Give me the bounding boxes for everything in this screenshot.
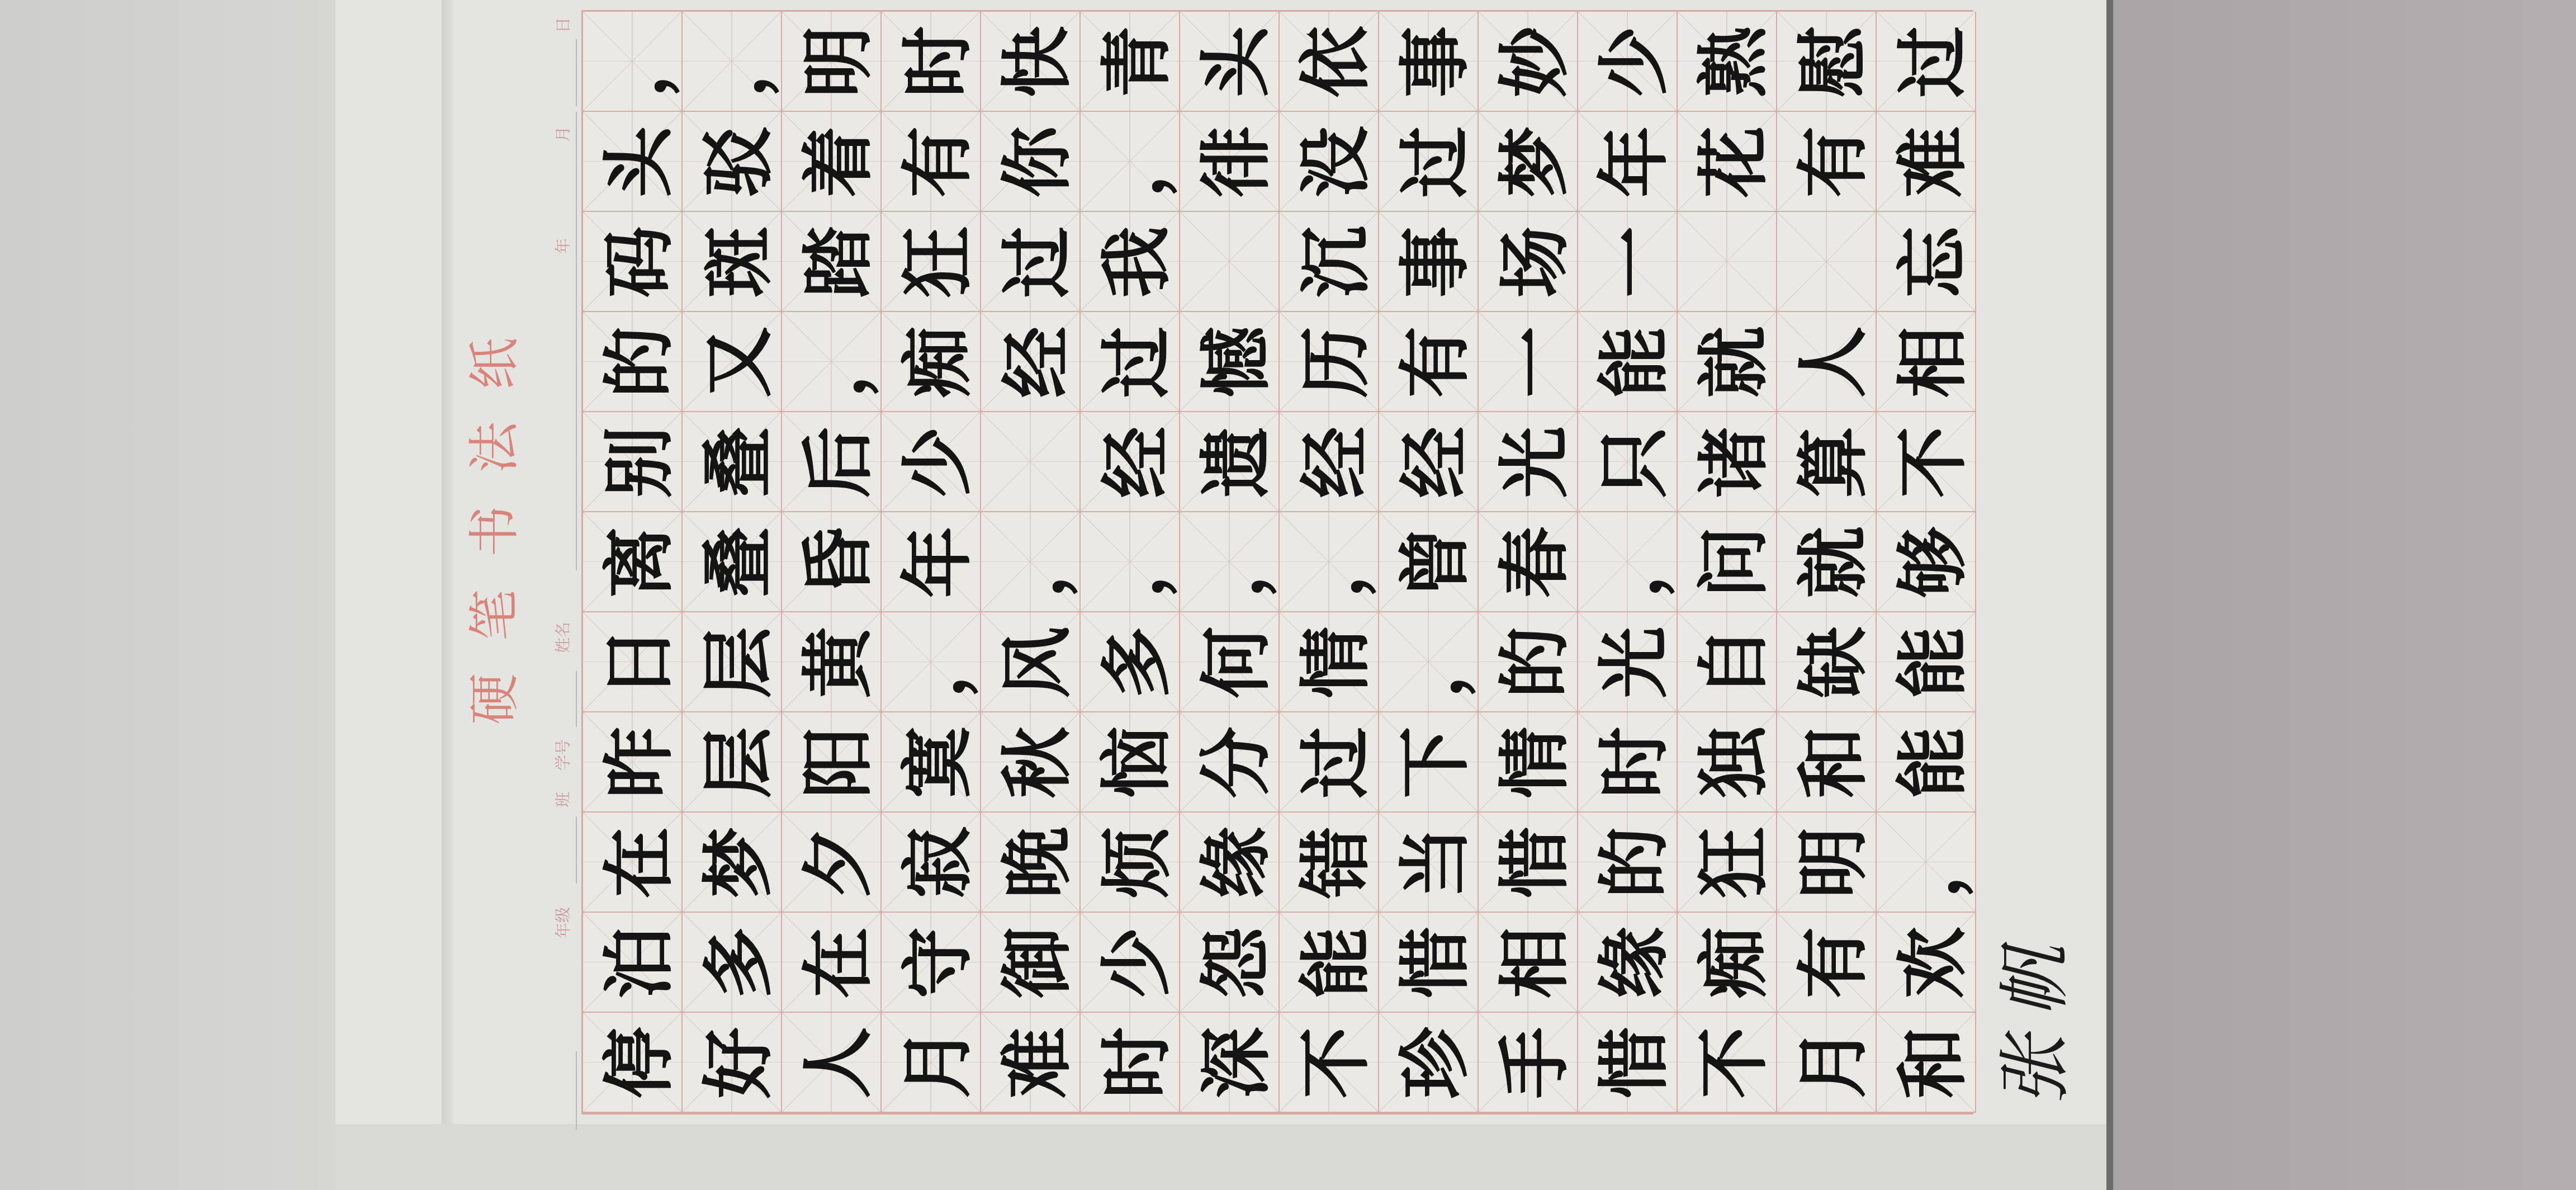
handwritten-char: 昏	[782, 513, 882, 612]
text-column: 好多梦层层叠叠又斑驳，	[683, 12, 782, 1113]
handwritten-char: 不	[1678, 1013, 1778, 1113]
grid-cell: 黄	[782, 612, 882, 712]
handwritten-char: 寂	[882, 813, 982, 913]
text-column: 不能错过情，经历沉没依	[1280, 12, 1379, 1113]
handwritten-char: 痴	[1678, 913, 1778, 1013]
handwritten-char: 和	[1777, 713, 1877, 813]
grid-cell: 后	[782, 412, 882, 512]
handwritten-char: 惜	[1479, 813, 1579, 913]
grid-cell: ，	[1877, 813, 1976, 913]
handwritten-char: 难	[981, 1013, 1081, 1113]
grid-cell	[1678, 212, 1777, 312]
header-fields: 年级 班 学号 姓名 年 月 日	[548, 0, 581, 1190]
handwritten-char: 后	[782, 413, 882, 512]
handwritten-char: 惜	[1379, 913, 1479, 1013]
student-no-label: 学号	[552, 733, 575, 777]
grid-cell: 时	[882, 12, 981, 112]
handwritten-char: 一	[1578, 212, 1678, 312]
text-column: 人在夕阳黄昏后，踏着明	[782, 12, 882, 1113]
handwritten-char: 黄	[782, 613, 882, 712]
handwritten-char: 的	[1479, 613, 1579, 712]
handwritten-char: ，	[1379, 613, 1479, 712]
grid-cell: 自	[1678, 612, 1777, 712]
handwritten-char: 就	[1678, 313, 1778, 412]
grid-cell: 曾	[1379, 512, 1479, 612]
handwritten-char: 年	[1578, 112, 1678, 212]
grid-cell: 憾	[1180, 312, 1280, 412]
handwritten-char: 在	[782, 913, 882, 1013]
handwritten-char: 人	[782, 1013, 882, 1113]
handwritten-char: 没	[1280, 112, 1380, 212]
handwritten-char: 独	[1678, 713, 1778, 813]
handwritten-char: 狂	[1678, 813, 1778, 913]
grid-cell: 当	[1379, 813, 1479, 913]
grid-cell: 恼	[1081, 712, 1180, 813]
paper-binding-edge	[442, 0, 454, 1190]
handwritten-char: 晚	[981, 813, 1081, 913]
grid-cell: 明	[782, 12, 882, 112]
grid-cell: 的	[1578, 813, 1678, 913]
grid-cell: 缘	[1180, 813, 1280, 913]
handwritten-char: 时	[882, 12, 982, 112]
handwritten-char: ，	[1081, 112, 1181, 212]
handwritten-char: 你	[981, 112, 1081, 212]
handwritten-char	[1777, 212, 1877, 312]
grid-cell: 错	[1280, 813, 1379, 913]
handwritten-char: 阳	[782, 713, 882, 813]
grid-cell: 花	[1678, 112, 1777, 212]
signature-char: 帆	[1993, 939, 2077, 1023]
handwritten-char: 御	[981, 913, 1081, 1013]
handwritten-char: 多	[1081, 613, 1181, 712]
handwritten-char: 不	[1877, 413, 1977, 512]
grid-cell: 叠	[683, 412, 782, 512]
handwritten-char: 相	[1877, 313, 1977, 412]
grid-cell: 就	[1678, 312, 1777, 412]
grid-cell: ，	[1280, 512, 1379, 612]
grid-cell: 有	[1379, 312, 1479, 412]
grid-cell: 惜	[1379, 913, 1479, 1013]
grid-cell: 难	[981, 1013, 1081, 1113]
handwritten-char: 过	[981, 212, 1081, 312]
text-column: 深怨缘分何，遗憾徘头	[1180, 12, 1280, 1113]
handwritten-char: ，	[1180, 513, 1280, 612]
handwritten-char: 错	[1280, 813, 1380, 913]
grid-cell: 缺	[1777, 612, 1877, 712]
handwritten-char: 层	[683, 613, 783, 712]
handwritten-char: 一	[1479, 313, 1579, 412]
handwritten-char: 何	[1180, 613, 1280, 712]
handwritten-char: 明	[782, 12, 882, 112]
mi-grid: 停泊在昨日离别的码头，好多梦层层叠叠又斑驳，人在夕阳黄昏后，踏着明月守寂寞，年少…	[581, 10, 1973, 1115]
handwritten-char: 层	[683, 713, 783, 813]
grid-cell: ，	[1578, 512, 1678, 612]
grid-cell: 没	[1280, 112, 1379, 212]
handwritten-char: 场	[1479, 212, 1579, 312]
grade-line	[576, 816, 577, 884]
handwritten-char: 够	[1877, 513, 1977, 612]
grid-cell: 算	[1777, 412, 1877, 512]
grid-cell: 一	[1578, 212, 1678, 312]
handwritten-char: 下	[1379, 713, 1479, 813]
grid-cell: 多	[683, 913, 782, 1013]
handwritten-char: 头	[583, 112, 683, 212]
grid-cell: 深	[1180, 1013, 1280, 1113]
handwritten-char: 缺	[1777, 613, 1877, 712]
handwritten-char: 缘	[1180, 813, 1280, 913]
grid-cell: 月	[882, 1013, 981, 1113]
grid-cell: 何	[1180, 612, 1280, 712]
grid-cell: 和	[1777, 712, 1877, 813]
grid-cell: 快	[981, 12, 1081, 112]
handwritten-char: 花	[1678, 112, 1778, 212]
handwritten-char: 自	[1678, 613, 1778, 712]
month-label: 月	[552, 123, 575, 145]
grid-cell: 码	[583, 212, 683, 312]
grid-cell: 月	[1777, 1013, 1877, 1113]
grid-cell: 多	[1081, 612, 1180, 712]
handwritten-char: 只	[1578, 413, 1678, 512]
grid-cell: 遗	[1180, 412, 1280, 512]
grid-cell: 能	[1280, 913, 1379, 1013]
handwritten-char: 少	[1578, 12, 1678, 112]
grid-cell: 熟	[1678, 12, 1777, 112]
text-column: 停泊在昨日离别的码头，	[583, 12, 683, 1113]
grid-cell: 诸	[1678, 412, 1777, 512]
name-label: 姓名	[552, 615, 575, 660]
handwritten-char: 过	[1877, 12, 1977, 112]
grid-cell: 寂	[882, 813, 981, 913]
handwritten-char: 秋	[981, 713, 1081, 813]
grid-cell: 昨	[583, 712, 683, 813]
grid-cell: 停	[583, 1013, 683, 1113]
grid-cell: 慰	[1777, 12, 1877, 112]
grid-cell: ，	[1379, 612, 1479, 712]
handwritten-char: 过	[1280, 713, 1380, 813]
grid-cell: 不	[1280, 1013, 1379, 1113]
handwritten-char: 慰	[1777, 12, 1877, 112]
handwritten-char: 的	[583, 313, 683, 412]
handwritten-char: ，	[882, 613, 982, 712]
handwritten-char: 梦	[1479, 112, 1579, 212]
grid-cell: 一	[1479, 312, 1578, 412]
grid-cell: 情	[1479, 712, 1578, 813]
grid-cell: 少	[1578, 12, 1678, 112]
handwritten-char: 时	[1081, 1013, 1181, 1113]
handwritten-char: 叠	[683, 413, 783, 512]
title-char: 硬	[467, 671, 523, 727]
grid-cell: 能	[1578, 312, 1678, 412]
handwritten-char: 码	[583, 212, 683, 312]
grid-cell: 守	[882, 913, 981, 1013]
handwritten-char: 明	[1777, 813, 1877, 913]
grid-cell: 层	[683, 712, 782, 813]
handwritten-char: 停	[583, 1013, 683, 1113]
handwritten-char: 少	[1081, 913, 1181, 1013]
handwritten-char: 事	[1379, 12, 1479, 112]
handwritten-char: 风	[981, 613, 1081, 712]
grid-cell: 经	[1280, 412, 1379, 512]
handwritten-char: 憾	[1180, 313, 1280, 412]
grid-cell: 不	[1877, 412, 1976, 512]
grid-cell: ，	[1081, 112, 1180, 212]
grid-cell: 风	[981, 612, 1081, 712]
title-char: 笔	[467, 587, 523, 643]
grid-cell: ，	[583, 12, 683, 112]
text-column: 和欢，能能够不相忘难过	[1877, 12, 1976, 1113]
handwritten-char: 寞	[882, 713, 982, 813]
grid-cell: 人	[782, 1013, 882, 1113]
grid-cell	[1180, 212, 1280, 312]
grid-cell: 狂	[882, 212, 981, 312]
handwritten-char: 驳	[683, 112, 783, 212]
grid-cell	[1777, 212, 1877, 312]
grid-cell: 依	[1280, 12, 1379, 112]
handwritten-char: 有	[1379, 313, 1479, 412]
signature-char: 张	[1993, 1029, 2077, 1113]
text-column: 月有明和缺就算人有慰	[1777, 12, 1877, 1113]
month-line	[576, 39, 577, 106]
grid-cell: 情	[1280, 612, 1379, 712]
handwritten-char: 熟	[1678, 12, 1778, 112]
handwritten-char: 有	[1777, 913, 1877, 1013]
handwritten-char: 怨	[1180, 913, 1280, 1013]
grid-cell: 有	[882, 112, 981, 212]
grid-cell: 沉	[1280, 212, 1379, 312]
grid-cell: 时	[1081, 1013, 1180, 1113]
grid-cell: 晚	[981, 813, 1081, 913]
grid-cell	[981, 412, 1081, 512]
handwritten-char: 叠	[683, 513, 783, 612]
grid-cell: 痴	[1678, 913, 1777, 1013]
class-label: 班	[552, 788, 575, 811]
handwritten-char: 经	[981, 313, 1081, 412]
title-char: 纸	[467, 336, 523, 391]
handwritten-char: 好	[683, 1013, 783, 1113]
handwritten-char: 青	[1081, 12, 1181, 112]
grid-cell: 御	[981, 913, 1081, 1013]
handwritten-char: 欢	[1877, 913, 1977, 1013]
handwritten-char: 问	[1678, 513, 1778, 612]
handwritten-char: 守	[882, 913, 982, 1013]
paper-margin	[335, 1124, 2108, 1190]
handwritten-char: 斑	[683, 212, 783, 312]
grid-cell: 寞	[882, 712, 981, 813]
grid-cell: 阳	[782, 712, 882, 813]
grid-cell: 梦	[683, 813, 782, 913]
handwritten-char: 年	[882, 513, 982, 612]
text-column: 珍惜当下，曾经有事过事	[1379, 12, 1479, 1113]
handwritten-char	[981, 413, 1081, 512]
grid-cell: 欢	[1877, 913, 1976, 1013]
grid-cell: 独	[1678, 712, 1777, 813]
handwritten-char	[1180, 212, 1280, 312]
header-line	[576, 1051, 577, 1130]
handwritten-char: 有	[882, 112, 982, 212]
grid-cell: 怨	[1180, 913, 1280, 1013]
text-column: 月守寂寞，年少痴狂有时	[882, 12, 981, 1113]
grid-cell: 青	[1081, 12, 1180, 112]
handwritten-char: 恼	[1081, 713, 1181, 813]
grid-cell: 过	[1280, 712, 1379, 813]
text-column: 时少烦恼多，经过我，青	[1081, 12, 1180, 1113]
year-line	[576, 162, 577, 218]
handwritten-char: ，	[683, 12, 783, 112]
handwritten-char: 有	[1777, 112, 1877, 212]
grid-cell: 着	[782, 112, 882, 212]
handwritten-char: 历	[1280, 313, 1380, 412]
grid-cell: 有	[1777, 913, 1877, 1013]
handwritten-char: ，	[981, 513, 1081, 612]
handwritten-char: 狂	[882, 212, 982, 312]
handwritten-char: 事	[1379, 212, 1479, 312]
handwritten-char: 能	[1578, 313, 1678, 412]
handwritten-char: 又	[683, 313, 783, 412]
grid-cell: 事	[1379, 12, 1479, 112]
handwritten-char: 经	[1081, 413, 1181, 512]
handwritten-char: 经	[1280, 413, 1380, 512]
grid-cell: 惜	[1479, 813, 1578, 913]
grid-cell: 相	[1877, 312, 1976, 412]
student-no-line	[576, 671, 577, 727]
grid-cell: 不	[1678, 1013, 1777, 1113]
grid-cell: 好	[683, 1013, 782, 1113]
handwritten-char: 深	[1180, 1013, 1280, 1113]
grid-cell: 梦	[1479, 112, 1578, 212]
grid-cell: 和	[1877, 1013, 1976, 1113]
grid-cell: 珍	[1379, 1013, 1479, 1113]
grid-cell: 分	[1180, 712, 1280, 813]
grid-cell: 明	[1777, 813, 1877, 913]
grid-cell: 场	[1479, 212, 1578, 312]
grid-cell: 年	[882, 512, 981, 612]
handwritten-char: 多	[683, 913, 783, 1013]
handwritten-char: 曾	[1379, 513, 1479, 612]
grid-cell: 能	[1877, 712, 1976, 813]
handwritten-char: 离	[583, 513, 683, 612]
handwritten-char: 遗	[1180, 413, 1280, 512]
handwritten-char: ，	[1877, 813, 1977, 913]
handwritten-char: 沉	[1280, 212, 1380, 312]
handwritten-char: 时	[1578, 713, 1678, 813]
handwritten-char: 踏	[782, 212, 882, 312]
handwritten-char: 珍	[1379, 1013, 1479, 1113]
grid-cell: 离	[583, 512, 683, 612]
handwritten-char: 我	[1081, 212, 1181, 312]
grid-cell: 经	[1379, 412, 1479, 512]
handwritten-char: 忘	[1877, 212, 1977, 312]
grid-cell: 惜	[1578, 1013, 1678, 1113]
grid-cell: 踏	[782, 212, 882, 312]
handwritten-char: 分	[1180, 713, 1280, 813]
grid-cell: 够	[1877, 512, 1976, 612]
grid-cell: 又	[683, 312, 782, 412]
grid-cell: 别	[583, 412, 683, 512]
grid-cell: 就	[1777, 512, 1877, 612]
handwritten-char: 经	[1379, 413, 1479, 512]
grid-cell: 徘	[1180, 112, 1280, 212]
grid-cell: 过	[1081, 312, 1180, 412]
grid-cell: 难	[1877, 112, 1976, 212]
grid-cell: 驳	[683, 112, 782, 212]
handwritten-char: 光	[1578, 613, 1678, 712]
grid-cell: 光	[1578, 612, 1678, 712]
grid-cell: ，	[1081, 512, 1180, 612]
grid-cell: 妙	[1479, 12, 1578, 112]
grid-cell: 过	[1379, 112, 1479, 212]
handwritten-char: 算	[1777, 413, 1877, 512]
grid-cell: 在	[782, 913, 882, 1013]
handwritten-char: 当	[1379, 813, 1479, 913]
grid-cell: 头	[583, 112, 683, 212]
grid-cell: ，	[882, 612, 981, 712]
handwritten-char: ，	[782, 313, 882, 412]
grid-cell: 夕	[782, 813, 882, 913]
grid-cell: 光	[1479, 412, 1578, 512]
grid-cell: 秋	[981, 712, 1081, 813]
handwritten-char: 能	[1877, 713, 1977, 813]
text-column: 惜缘的时光，只能一年少	[1578, 12, 1678, 1113]
grid-cell: 层	[683, 612, 782, 712]
grade-label: 年级	[552, 900, 575, 945]
grid-cell: 能	[1877, 612, 1976, 712]
handwritten-char: 徘	[1180, 112, 1280, 212]
handwritten-char: 日	[583, 613, 683, 712]
grid-cell: 年	[1578, 112, 1678, 212]
grid-cell: 狂	[1678, 813, 1777, 913]
handwritten-char: 光	[1479, 413, 1579, 512]
handwritten-char: 月	[1777, 1013, 1877, 1113]
grid-cell: 叠	[683, 512, 782, 612]
grid-cell: 过	[981, 212, 1081, 312]
handwritten-char: 的	[1578, 813, 1678, 913]
handwritten-char: 过	[1081, 313, 1181, 412]
grid-cell: 经	[1081, 412, 1180, 512]
handwritten-char: 情	[1280, 613, 1380, 712]
handwritten-char: 快	[981, 12, 1081, 112]
handwritten-char: 过	[1379, 112, 1479, 212]
handwritten-char: 情	[1479, 713, 1579, 813]
handwritten-char: 和	[1877, 1013, 1977, 1113]
handwritten-char: 春	[1479, 513, 1579, 612]
grid-cell: 痴	[882, 312, 981, 412]
grid-cell: 只	[1578, 412, 1678, 512]
grid-cell: 的	[1479, 612, 1578, 712]
grid-cell: 头	[1180, 12, 1280, 112]
handwritten-char: ，	[583, 12, 683, 112]
grid-cell: 忘	[1877, 212, 1976, 312]
handwritten-char: 就	[1777, 513, 1877, 612]
handwritten-char: 相	[1479, 913, 1579, 1013]
background-right	[2113, 0, 2576, 1190]
handwritten-char: 头	[1180, 12, 1280, 112]
signature: 张 帆	[1987, 917, 2082, 1118]
handwritten-char: 梦	[683, 813, 783, 913]
grid-cell: 缘	[1578, 913, 1678, 1013]
handwritten-char: 泊	[583, 913, 683, 1013]
grid-cell: 手	[1479, 1013, 1578, 1113]
handwritten-char: ，	[1081, 513, 1181, 612]
title-char: 法	[467, 419, 523, 475]
handwritten-char: 缘	[1578, 913, 1678, 1013]
grid-cell: 昏	[782, 512, 882, 612]
grid-cell: 人	[1777, 312, 1877, 412]
handwritten-char: 夕	[782, 813, 882, 913]
handwritten-char: 不	[1280, 1013, 1380, 1113]
grid-cell: 事	[1379, 212, 1479, 312]
paper-title: 硬 笔 书 法 纸	[461, 336, 528, 738]
handwritten-char: 依	[1280, 12, 1380, 112]
